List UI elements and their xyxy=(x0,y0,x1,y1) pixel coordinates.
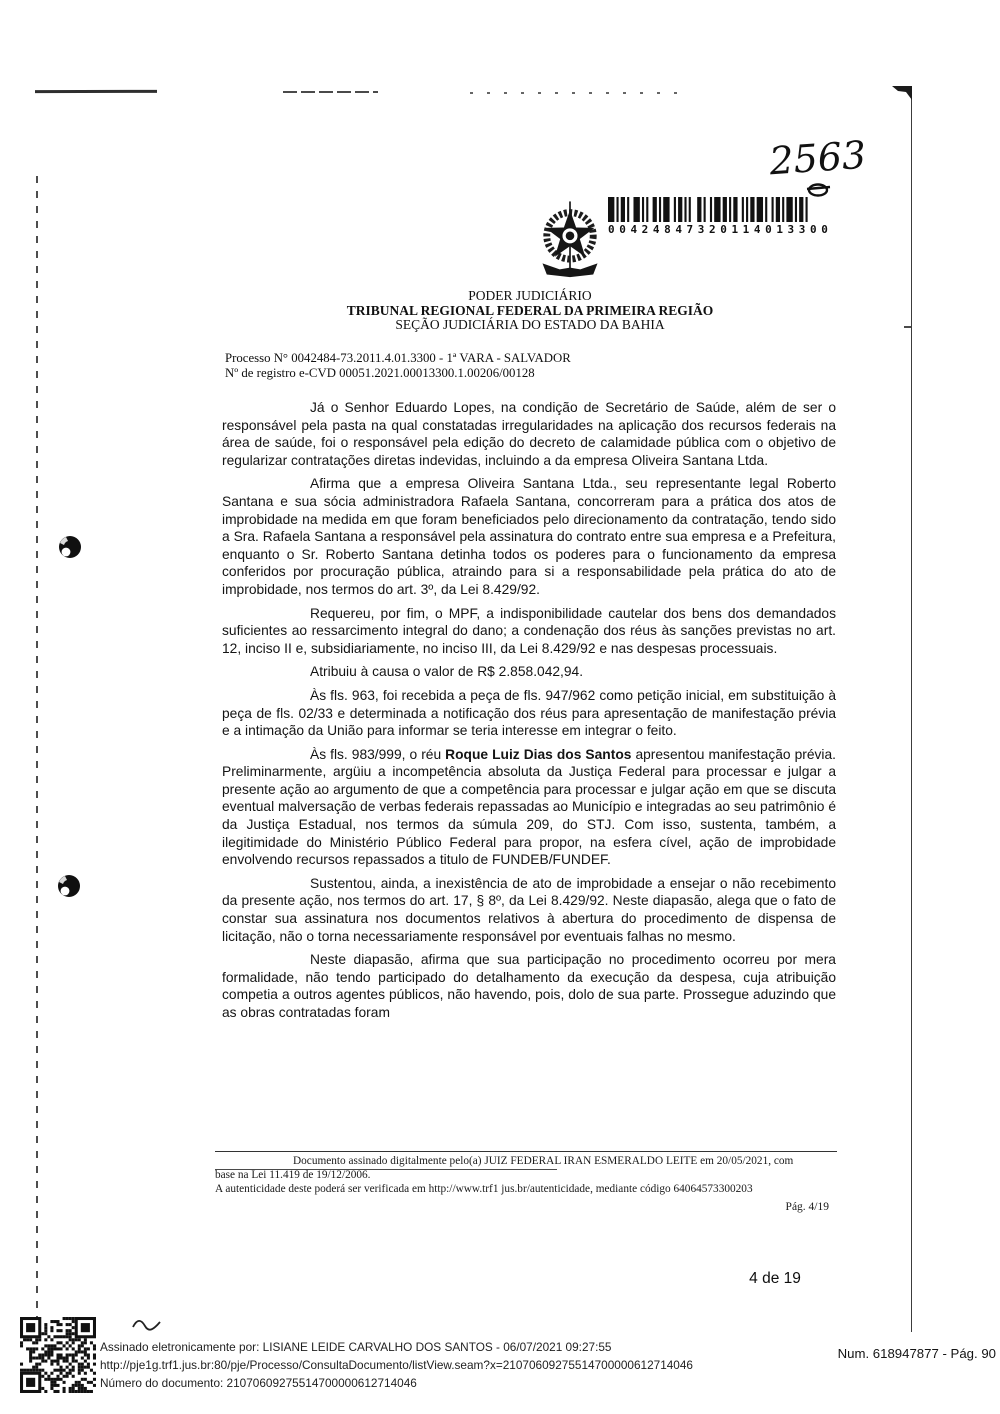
body-paragraph: Requereu, por fim, o MPF, a indisponibil… xyxy=(222,605,836,658)
handwritten-page-number: 2563 xyxy=(762,130,902,202)
text-run: Sustentou, ainda, a inexistência de ato … xyxy=(222,876,836,944)
handwritten-check-mark xyxy=(807,185,830,196)
handwritten-squiggle-mark xyxy=(130,1316,164,1332)
signed-by-line: Assinado eletronicamente por: LISIANE LE… xyxy=(100,1338,760,1356)
body-paragraph: Sustentou, ainda, a inexistência de ato … xyxy=(222,875,836,945)
scan-top-edge-line xyxy=(35,90,157,93)
page-number: 4 de 19 xyxy=(700,1270,850,1288)
org-section: SEÇÃO JUDICIÁRIA DO ESTADO DA BAHIA xyxy=(225,318,835,333)
brazil-coat-of-arms-icon xyxy=(527,198,613,284)
text-run: Requereu, por fim, o MPF, a indisponibil… xyxy=(222,606,836,656)
hole-punch-mark xyxy=(56,533,84,561)
scan-left-edge-line xyxy=(36,176,38,1332)
org-tribunal: TRIBUNAL REGIONAL FEDERAL DA PRIMEIRA RE… xyxy=(225,304,835,319)
hole-punch-mark xyxy=(55,872,83,900)
text-run: Roque Luiz Dias dos Santos xyxy=(445,747,631,762)
text-run: apresentou manifestação prévia. Prelimin… xyxy=(222,747,836,868)
scan-right-tick xyxy=(904,326,911,328)
process-number: Processo N° 0042484-73.2011.4.01.3300 - … xyxy=(225,351,845,366)
verification-url: http://pje1g.trf1.jus.br:80/pje/Processo… xyxy=(100,1356,760,1374)
num-page-label: Num. 618947877 - Pág. 90 xyxy=(806,1346,996,1361)
electronic-signature-block: Assinado eletronicamente por: LISIANE LE… xyxy=(100,1338,760,1393)
footnote-rule xyxy=(215,1151,837,1152)
document-number-line: Número do documento: 2107060927551470000… xyxy=(100,1374,760,1392)
text-run: Às fls. 983/999, o réu xyxy=(310,747,445,762)
footnote-line3: A autenticidade deste poderá ser verific… xyxy=(215,1182,839,1196)
body-paragraph: Atribuiu à causa o valor de R$ 2.858.042… xyxy=(222,663,836,681)
process-id-block: Processo N° 0042484-73.2011.4.01.3300 - … xyxy=(225,351,845,381)
document-body: Já o Senhor Eduardo Lopes, na condição d… xyxy=(222,399,836,1028)
barcode-digits: 00424847320114013300 xyxy=(608,223,814,236)
body-paragraph: Às fls. 983/999, o réu Roque Luiz Dias d… xyxy=(222,746,836,869)
scan-top-edge-line xyxy=(470,92,685,94)
text-run: Atribuiu à causa o valor de R$ 2.858.042… xyxy=(310,664,583,679)
text-run: Afirma que a empresa Oliveira Santana Lt… xyxy=(222,476,836,597)
registry-number: Nº de registro e-CVD 00051.2021.00013300… xyxy=(225,366,845,381)
body-paragraph: Às fls. 963, foi recebida a peça de fls.… xyxy=(222,687,836,740)
underscore-fill xyxy=(215,1155,293,1164)
text-run: Já o Senhor Eduardo Lopes, na condição d… xyxy=(222,400,836,468)
body-paragraph: Neste diapasão, afirma que sua participa… xyxy=(222,951,836,1021)
scan-top-edge-line xyxy=(283,91,378,93)
org-branch: PODER JUDICIÁRIO xyxy=(225,289,835,304)
handwritten-digits: 2563 xyxy=(767,133,868,184)
barcode xyxy=(608,197,814,222)
text-run: Às fls. 963, foi recebida a peça de fls.… xyxy=(222,688,836,738)
digital-signature-footnote: Documento assinado digitalmente pelo(a) … xyxy=(215,1154,839,1197)
scan-right-edge-line xyxy=(911,92,912,1332)
court-header: PODER JUDICIÁRIO TRIBUNAL REGIONAL FEDER… xyxy=(225,289,835,333)
page-corner-mark xyxy=(890,84,914,102)
body-paragraph: Afirma que a empresa Oliveira Santana Lt… xyxy=(222,475,836,598)
scanned-court-document-page: 2563 00424847320114013300 PODER JUDICIÁR… xyxy=(0,0,1000,1414)
qr-code xyxy=(20,1317,96,1393)
footnote-line1: Documento assinado digitalmente pelo(a) … xyxy=(215,1154,839,1168)
text-run: Neste diapasão, afirma que sua participa… xyxy=(222,952,836,1020)
footnote-line2: base na Lei 11.419 de 19/12/2006. xyxy=(215,1168,839,1182)
body-paragraph: Já o Senhor Eduardo Lopes, na condição d… xyxy=(222,399,836,469)
footnote-page-label: Pág. 4/19 xyxy=(215,1201,829,1213)
